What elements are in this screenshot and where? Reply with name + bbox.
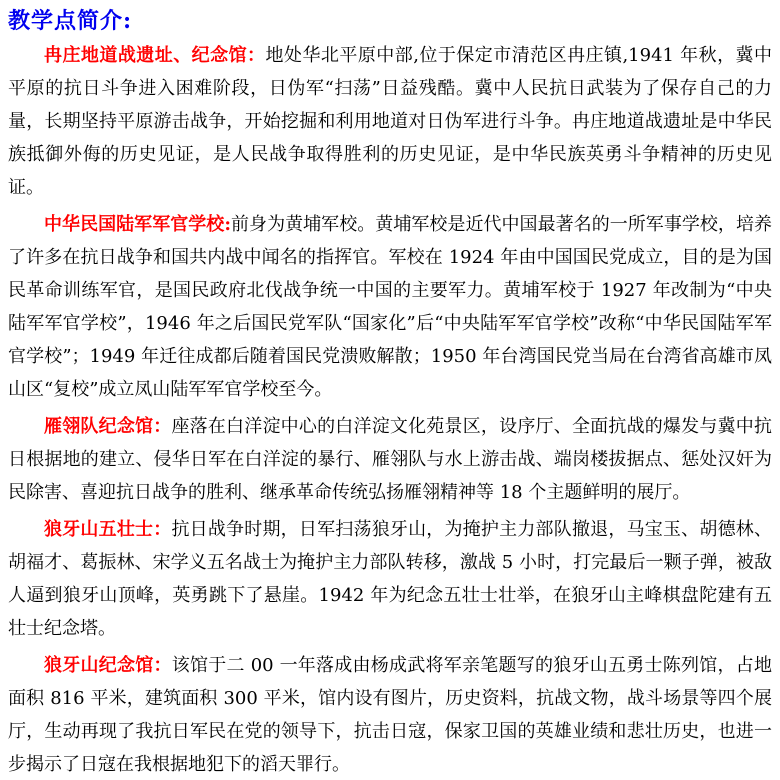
paragraph-heading: 狼牙山五壮士： xyxy=(44,519,171,540)
paragraph-yanlingdui-memorial: 雁翎队纪念馆：座落在白洋淀中心的白洋淀文化苑景区，设序厅、全面抗战的爆发与冀中抗… xyxy=(8,410,772,509)
document-page: 教学点简介: 冉庄地道战遗址、纪念馆：地处华北平原中部,位于保定市清范区冉庄镇,… xyxy=(8,4,772,780)
paragraph-langyashan-memorial: 狼牙山纪念馆：该馆于二 00 一年落成由杨成武将军亲笔题写的狼牙山五勇士陈列馆，… xyxy=(8,649,772,780)
paragraph-heading: 冉庄地道战遗址、纪念馆： xyxy=(44,45,266,66)
paragraph-military-academy: 中华民国陆军军官学校:前身为黄埔军校。黄埔军校是近代中国最著名的一所军事学校，培… xyxy=(8,208,772,406)
paragraph-heading: 狼牙山纪念馆： xyxy=(44,655,172,676)
paragraph-ranzhuang: 冉庄地道战遗址、纪念馆：地处华北平原中部,位于保定市清范区冉庄镇,1941 年秋… xyxy=(8,39,772,204)
paragraph-body: 地处华北平原中部,位于保定市清范区冉庄镇,1941 年秋，冀中平原的抗日斗争进入… xyxy=(8,45,772,198)
paragraph-langyashan-five-heroes: 狼牙山五壮士：抗日战争时期，日军扫荡狼牙山，为掩护主力部队撤退，马宝玉、胡德林、… xyxy=(8,513,772,645)
paragraph-heading: 雁翎队纪念馆： xyxy=(44,416,171,437)
page-title: 教学点简介: xyxy=(8,4,772,39)
paragraph-body: 前身为黄埔军校。黄埔军校是近代中国最著名的一所军事学校，培养了许多在抗日战争和国… xyxy=(8,214,772,400)
paragraph-heading: 中华民国陆军军官学校: xyxy=(44,214,231,235)
